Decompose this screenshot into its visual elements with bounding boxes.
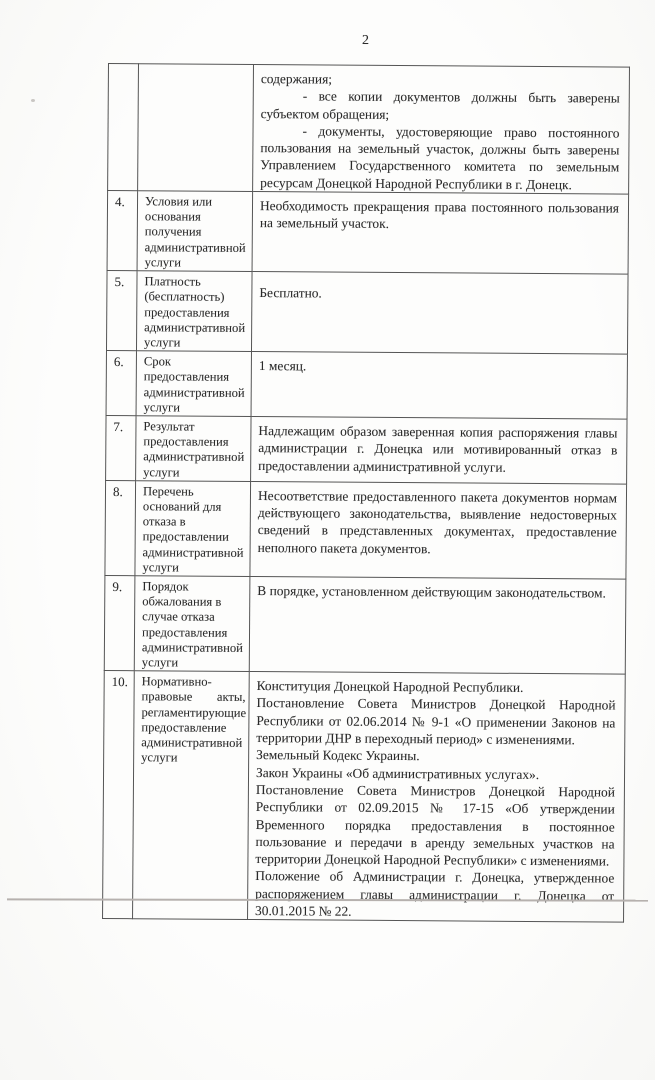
row-number-cell — [108, 64, 139, 191]
row-number-cell: 8. — [105, 480, 136, 575]
row-label-cell: Срок предоставления административной усл… — [136, 351, 251, 417]
row-number-cell: 4. — [107, 191, 138, 271]
table-row: 10.Нормативно-правовые акты, регламентир… — [103, 671, 626, 923]
content-paragraph: Постановление Совета Министров Донецкой … — [255, 781, 615, 870]
content-paragraph: Необходимость прекращения права постоянн… — [260, 197, 619, 234]
table-row: 6.Срок предоставления административной у… — [106, 351, 627, 419]
row-number-cell: 5. — [106, 271, 137, 351]
content-paragraph: В порядке, установленном действующим зак… — [257, 582, 616, 602]
row-content-cell: Надлежащим образом заверенная копия расп… — [251, 416, 627, 483]
row-label-cell: Платность (бесплатность) предоставления … — [136, 271, 252, 352]
row-content-cell: Бесплатно. — [251, 272, 628, 355]
content-paragraph: - все копии документов должны быть завер… — [261, 87, 620, 124]
row-label-cell: Результат предоставления административно… — [136, 416, 251, 482]
content-paragraph: Постановление Совета Министров Донецкой … — [256, 695, 615, 749]
row-content-cell: 1 месяц. — [251, 352, 627, 419]
service-table-body: содержания;- все копии документов должны… — [103, 64, 630, 923]
table-row: 5.Платность (бесплатность) предоставлени… — [106, 271, 628, 355]
row-number-cell: 9. — [104, 575, 135, 670]
row-content-cell: содержания;- все копии документов должны… — [253, 65, 630, 195]
content-paragraph: Надлежащим образом заверенная копия расп… — [258, 422, 617, 476]
content-paragraph: - документы, удостоверяющие право постоя… — [260, 122, 619, 194]
table-row: содержания;- все копии документов должны… — [108, 64, 630, 195]
table-row: 9.Порядок обжалования в случае отказа пр… — [104, 575, 626, 674]
page-number: 2 — [362, 33, 369, 49]
row-label-cell — [138, 64, 254, 192]
row-number-cell: 10. — [103, 671, 135, 919]
row-label-cell: Условия или основания получения админист… — [137, 191, 253, 272]
table-row: 7.Результат предоставления административ… — [106, 415, 627, 483]
scan-artifact-speck — [31, 99, 35, 102]
administrative-service-table: содержания;- все копии документов должны… — [102, 63, 630, 923]
row-label-cell: Порядок обжалования в случае отказа пред… — [134, 576, 250, 672]
content-paragraph: Земельный Кодекс Украины. — [256, 746, 615, 766]
content-paragraph: Бесплатно. — [259, 284, 618, 304]
content-paragraph: Положение об Администрации г. Донецка, у… — [255, 867, 614, 921]
row-label-cell: Нормативно-правовые акты, регламентирующ… — [133, 671, 250, 920]
table-row: 8.Перечень оснований для отказа в предос… — [105, 480, 627, 579]
row-number-cell: 7. — [106, 415, 136, 480]
scanned-document-page: 2 содержания;- все копии документов долж… — [0, 0, 655, 1080]
content-paragraph: Несоответствие предоставленного пакета д… — [258, 487, 617, 559]
table-row: 4.Условия или основания получения админи… — [107, 191, 629, 275]
row-content-cell: Несоответствие предоставленного пакета д… — [250, 481, 627, 579]
row-label-cell: Перечень оснований для отказа в предоста… — [135, 480, 251, 576]
row-content-cell: Конституция Донецкой Народной Республики… — [248, 672, 626, 923]
row-content-cell: В порядке, установленном действующим зак… — [249, 576, 626, 674]
content-paragraph: 1 месяц. — [259, 357, 618, 377]
row-number-cell: 6. — [106, 351, 136, 416]
row-content-cell: Необходимость прекращения права постоянн… — [252, 192, 629, 275]
